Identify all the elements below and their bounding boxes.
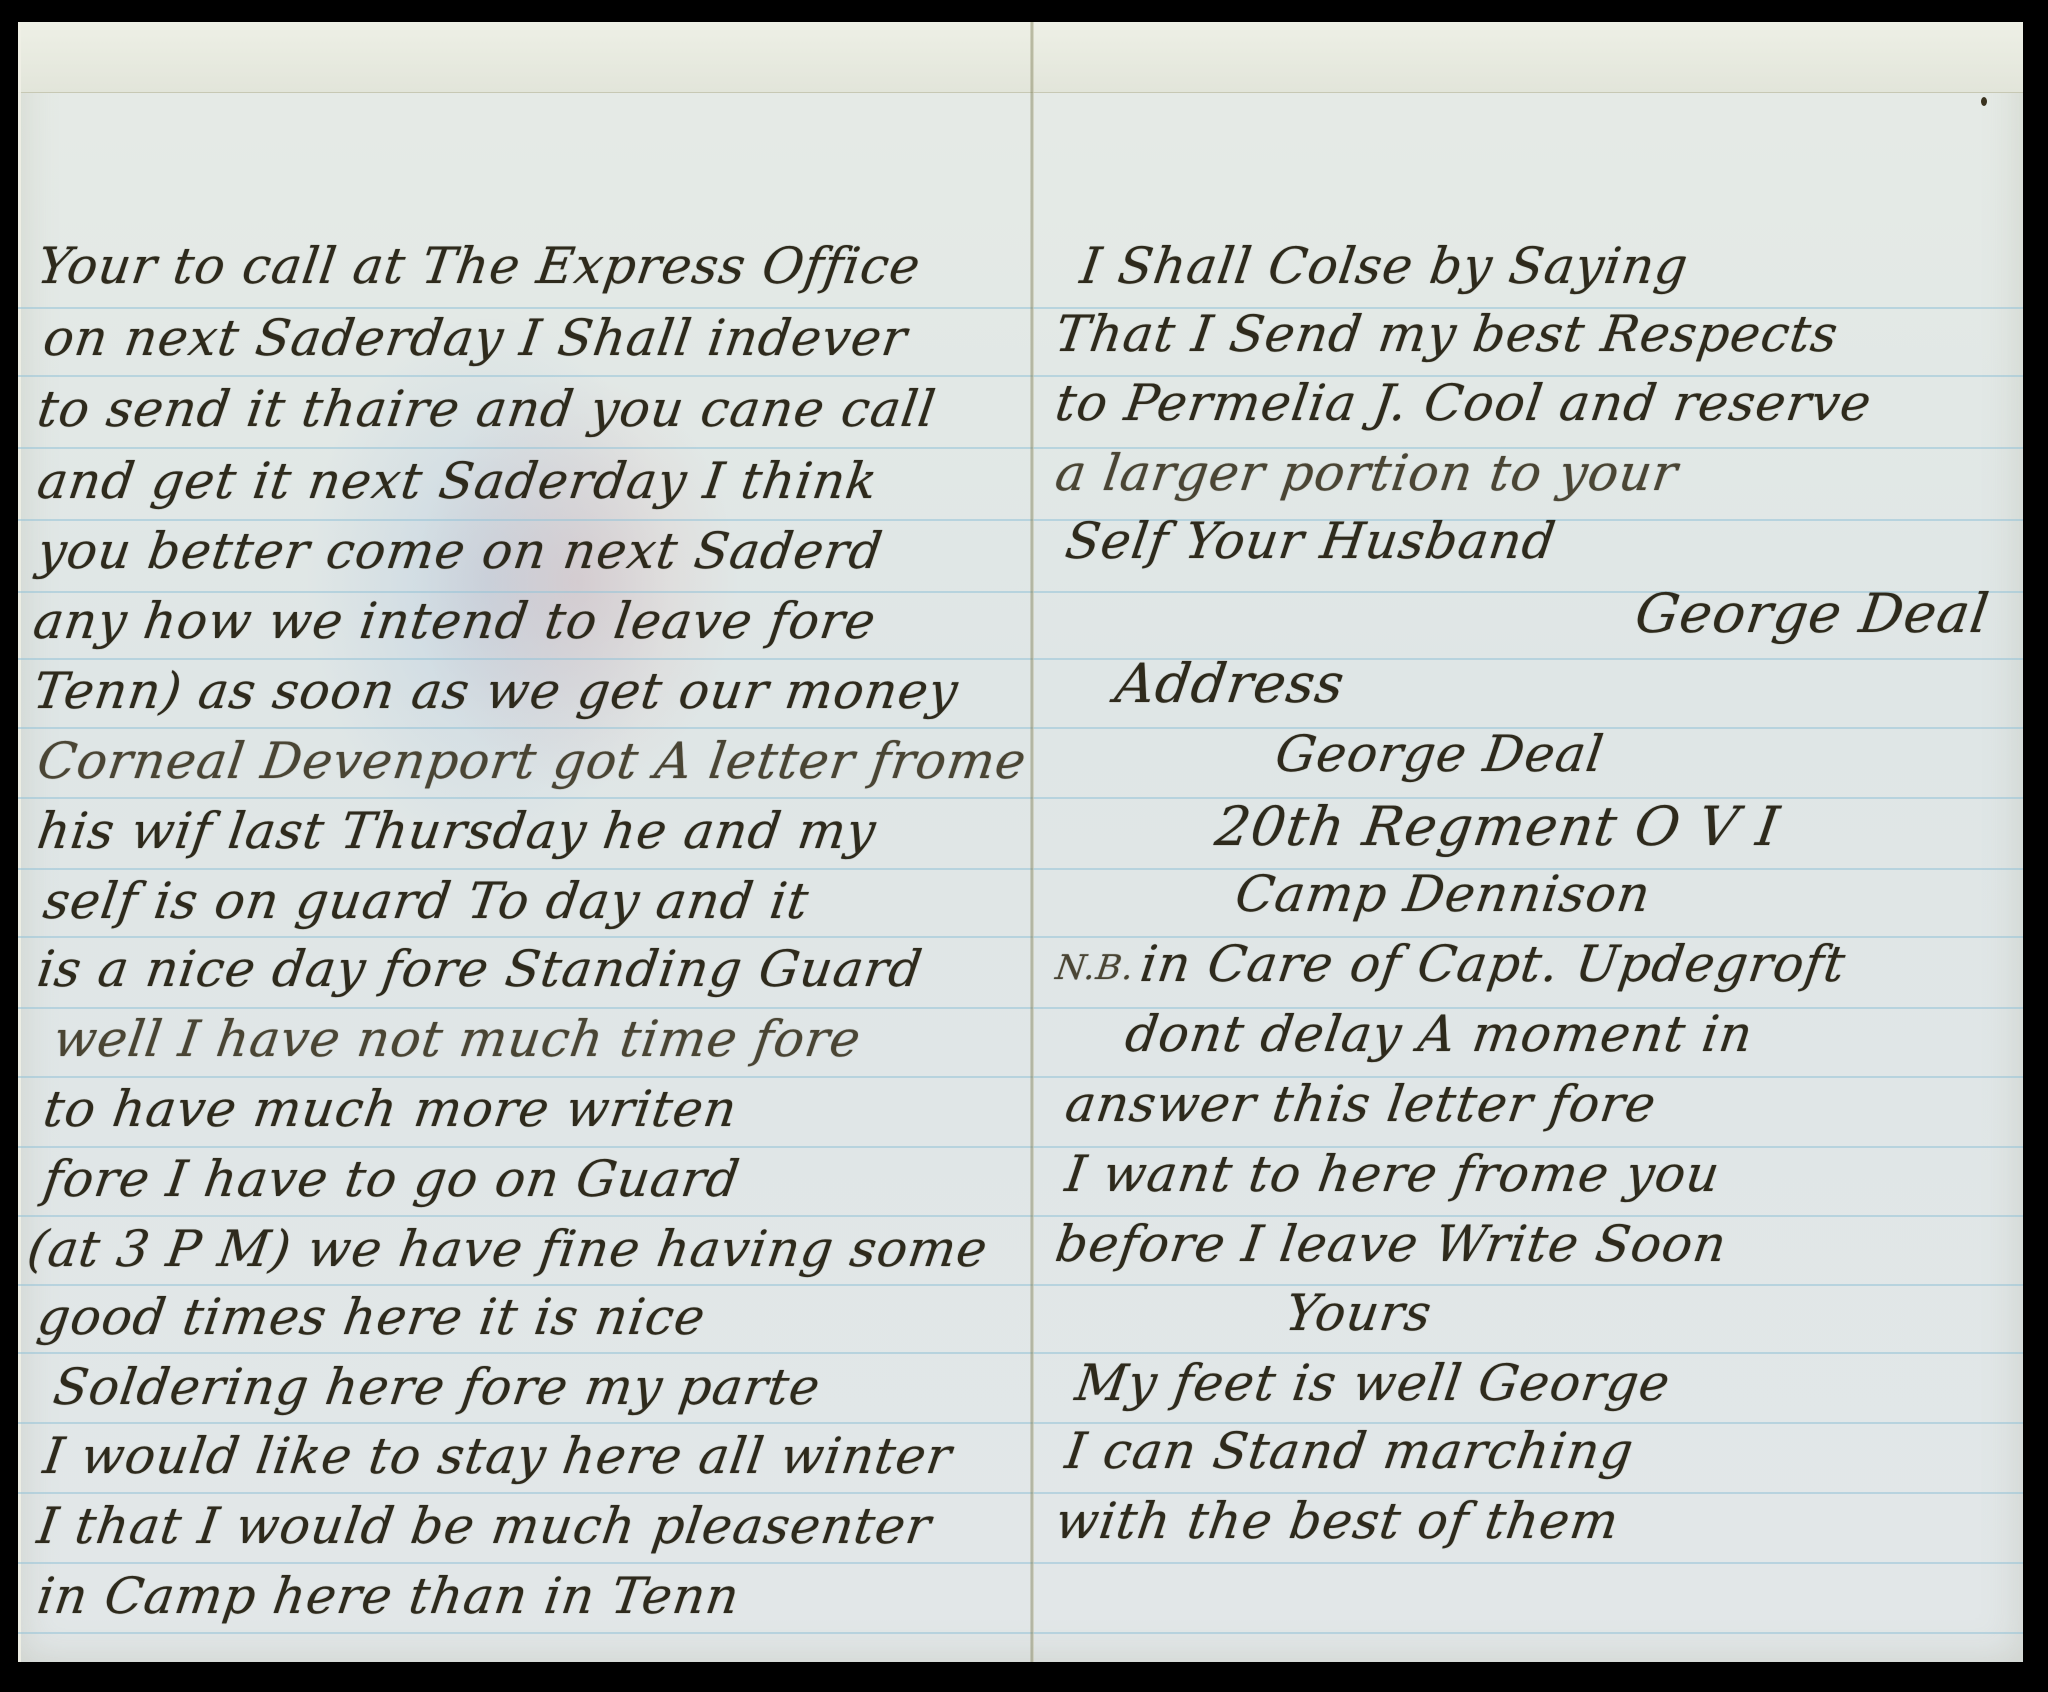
handwritten-line: I that I would be much pleasenter xyxy=(34,1497,935,1555)
handwritten-line: to send it thaire and you cane call xyxy=(34,380,940,438)
nb-note: N.B. xyxy=(1053,948,1137,988)
handwritten-line: to Permelia J. Cool and reserve xyxy=(1052,374,1876,432)
handwritten-line: and get it next Saderday I think xyxy=(34,452,882,510)
handwritten-line: before I leave Write Soon xyxy=(1052,1215,1731,1273)
ruled-line xyxy=(18,1352,2023,1354)
handwritten-line: self is on guard To day and it xyxy=(40,872,813,930)
center-fold xyxy=(1030,22,1034,1662)
address-regiment: 20th Regment O V I xyxy=(1212,795,1784,858)
handwritten-line: Corneal Devenport got A letter frome xyxy=(34,732,1030,790)
handwritten-line: That I Send my best Respects xyxy=(1052,305,1842,363)
ruled-line xyxy=(18,1076,2023,1078)
handwritten-line: to have much more writen xyxy=(40,1080,741,1138)
letter-scan: Your to call at The Express Office on ne… xyxy=(0,0,2048,1692)
handwritten-line: his wif last Thursday he and my xyxy=(34,802,880,860)
closing-yours: Yours xyxy=(1282,1284,1436,1342)
ruled-line xyxy=(18,1284,2023,1286)
ruled-line xyxy=(18,1632,2023,1634)
signature-george-deal: George Deal xyxy=(1632,582,1994,645)
handwritten-line: well I have not much time fore xyxy=(50,1010,865,1068)
postscript-line: My feet is well George xyxy=(1072,1354,1674,1412)
handwritten-line: I want to here frome you xyxy=(1062,1145,1724,1203)
postscript-line: I can Stand marching xyxy=(1062,1422,1637,1480)
handwritten-line: on next Saderday I Shall indever xyxy=(40,309,911,367)
handwritten-line: dont delay A moment in xyxy=(1122,1005,1757,1063)
ruled-line xyxy=(18,1562,2023,1564)
handwritten-line: is a nice day fore Standing Guard xyxy=(34,940,926,998)
handwritten-line: fore I have to go on Guard xyxy=(40,1150,744,1208)
ink-speck xyxy=(1981,97,1987,106)
address-name: George Deal xyxy=(1272,725,1608,783)
handwritten-line: you better come on next Saderd xyxy=(34,522,887,580)
address-camp: Camp Dennison xyxy=(1232,865,1655,923)
handwritten-line: a larger portion to your xyxy=(1052,444,1682,502)
handwritten-line: I Shall Colse by Saying xyxy=(1077,237,1692,295)
handwritten-line: Self Your Husband xyxy=(1062,512,1560,570)
address-care-of: in Care of Capt. Updegroft xyxy=(1137,935,1850,993)
ruled-line xyxy=(18,658,2023,660)
address-heading: Address xyxy=(1112,652,1349,715)
top-margin-strip xyxy=(18,22,2023,93)
postscript-line: with the best of them xyxy=(1052,1492,1623,1550)
ruled-line xyxy=(18,727,2023,729)
letter-sheet: Your to call at The Express Office on ne… xyxy=(18,22,2023,1662)
ruled-line xyxy=(18,447,2023,449)
handwritten-line: in Camp here than in Tenn xyxy=(34,1567,744,1625)
handwritten-line: (at 3 P M) we have fine having some xyxy=(24,1220,992,1278)
handwritten-line: good times here it is nice xyxy=(34,1288,709,1346)
handwritten-line: Soldering here fore my parte xyxy=(50,1358,824,1416)
handwritten-line: Tenn) as soon as we get our money xyxy=(30,662,962,720)
handwritten-line: Your to call at The Express Office xyxy=(34,237,925,295)
sheet-edge xyxy=(18,22,21,1662)
ruled-line xyxy=(18,1422,2023,1424)
ruled-line xyxy=(18,868,2023,870)
handwritten-line: I would like to stay here all winter xyxy=(40,1427,956,1485)
handwritten-line: answer this letter fore xyxy=(1062,1075,1660,1133)
ruled-line xyxy=(18,519,2023,521)
ruled-line xyxy=(18,1492,2023,1494)
handwritten-line: any how we intend to leave fore xyxy=(30,592,880,650)
